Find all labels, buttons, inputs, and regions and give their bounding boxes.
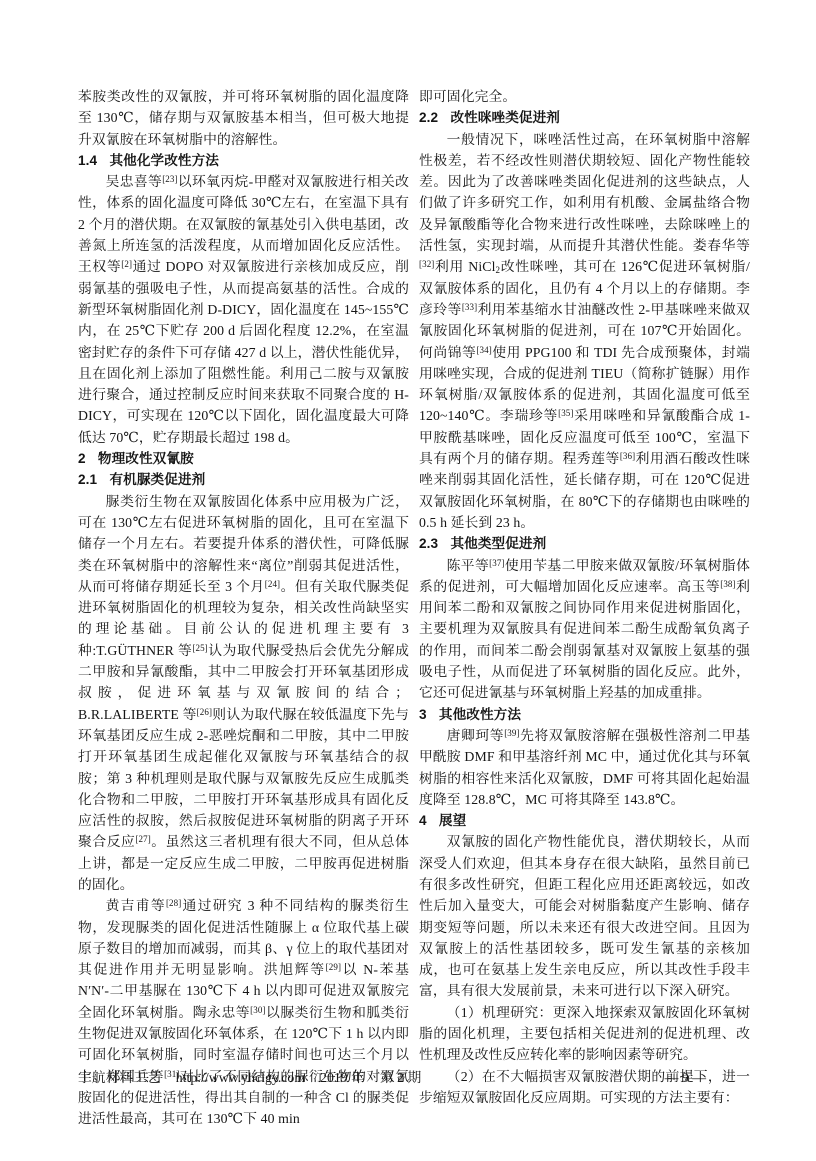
citation-ref: [29]	[326, 962, 341, 972]
paragraph: 脲类衍生物在双氰胺固化体系中应用极为广泛，可在 130℃左右促进环氧树脂的固化，…	[78, 491, 409, 896]
section-heading: 4展望	[419, 810, 750, 831]
section-title: 其他化学改性方法	[109, 153, 219, 168]
chemical-subscript: 2	[496, 265, 501, 275]
section-number: 4	[419, 813, 427, 828]
citation-ref: [27]	[135, 834, 150, 844]
page-footer: 宇航材料工艺http://www.yhclgy.com2019 年第 2 期 —…	[78, 1066, 750, 1086]
section-title: 有机脲类促进剂	[109, 472, 205, 487]
citation-ref: [39]	[504, 728, 519, 738]
citation-ref: [35]	[558, 408, 573, 418]
section-number: 1.4	[78, 153, 97, 168]
section-heading: 3其他改性方法	[419, 704, 750, 725]
section-heading: 2物理改性双氰胺	[78, 448, 409, 469]
section-title: 展望	[439, 813, 466, 828]
citation-ref: [23]	[162, 174, 177, 184]
paragraph: 即可固化完全。	[419, 86, 750, 107]
two-column-body: 苯胺类改性的双氰胺，并可将环氧树脂的固化温度降至 130℃，储存期与双氰胺基本相…	[78, 86, 750, 1130]
paragraph: 苯胺类改性的双氰胺，并可将环氧树脂的固化温度降至 130℃，储存期与双氰胺基本相…	[78, 86, 409, 150]
left-column: 苯胺类改性的双氰胺，并可将环氧树脂的固化温度降至 130℃，储存期与双氰胺基本相…	[78, 86, 409, 1130]
journal-footer-line: 宇航材料工艺http://www.yhclgy.com2019 年第 2 期	[78, 1066, 421, 1086]
section-number: 2.2	[419, 110, 438, 125]
paragraph: 唐卿珂等[39]先将双氰胺溶解在强极性溶剂二甲基甲酰胺 DMF 和甲基溶纤剂 M…	[419, 725, 750, 810]
citation-ref: [26]	[197, 707, 212, 717]
right-column: 即可固化完全。2.2改性咪唑类促进剂一般情况下，咪唑活性过高，在环氧树脂中溶解性…	[419, 86, 750, 1130]
paragraph: 一般情况下，咪唑活性过高，在环氧树脂中溶解性极差，若不经改性则潜伏期较短、固化产…	[419, 129, 750, 534]
citation-ref: [24]	[265, 579, 280, 589]
section-heading: 2.1有机脲类促进剂	[78, 469, 409, 490]
section-title: 改性咪唑类促进剂	[450, 110, 560, 125]
paragraph: 陈平等[37]使用苄基二甲胺来做双氰胺/环氧树脂体系的促进剂，可大幅增加固化反应…	[419, 555, 750, 704]
section-number: 2.3	[419, 536, 438, 551]
citation-ref: [38]	[720, 579, 735, 589]
page-number: — 9 —	[665, 1070, 750, 1086]
section-number: 3	[419, 707, 427, 722]
section-title: 其他类型促进剂	[450, 536, 546, 551]
paragraph: 双氰胺的固化产物性能优良，潜伏期较长，从而深受人们欢迎，但其本身存在很大缺陷，虽…	[419, 831, 750, 1001]
citation-ref: [34]	[476, 345, 491, 355]
section-title: 物理改性双氰胺	[98, 451, 194, 466]
citation-ref: [25]	[192, 643, 207, 653]
section-heading: 2.2改性咪唑类促进剂	[419, 107, 750, 128]
section-heading: 2.3其他类型促进剂	[419, 533, 750, 554]
paragraph: （1）机理研究：更深入地探索双氰胺固化环氧树脂的固化机理，主要包括相关促进剂的促…	[419, 1002, 750, 1066]
section-number: 2.1	[78, 472, 97, 487]
citation-ref: [36]	[620, 451, 635, 461]
citation-ref: [28]	[166, 898, 181, 908]
section-number: 2	[78, 451, 86, 466]
section-title: 其他改性方法	[439, 707, 521, 722]
paragraph: 黄吉甫等[28]通过研究 3 种不同结构的脲类衍生物，发现脲类的固化促进活性随脲…	[78, 895, 409, 1129]
citation-ref: [2]	[121, 259, 132, 269]
journal-issue: 第 2 期	[380, 1070, 421, 1085]
journal-year: 2019 年	[320, 1070, 365, 1085]
journal-url: http://www.yhclgy.com	[176, 1070, 305, 1085]
section-heading: 1.4其他化学改性方法	[78, 150, 409, 171]
citation-ref: [32]	[419, 259, 434, 269]
paragraph: 吴忠喜等[23]以环氧丙烷-甲醛对双氰胺进行相关改性，体系的固化温度可降低 30…	[78, 171, 409, 448]
citation-ref: [30]	[250, 1005, 265, 1015]
journal-name: 宇航材料工艺	[78, 1070, 161, 1085]
citation-ref: [37]	[489, 558, 504, 568]
citation-ref: [33]	[462, 302, 477, 312]
paper-page: { "footer": { "journal": "宇航材料工艺", "url"…	[0, 0, 816, 1161]
